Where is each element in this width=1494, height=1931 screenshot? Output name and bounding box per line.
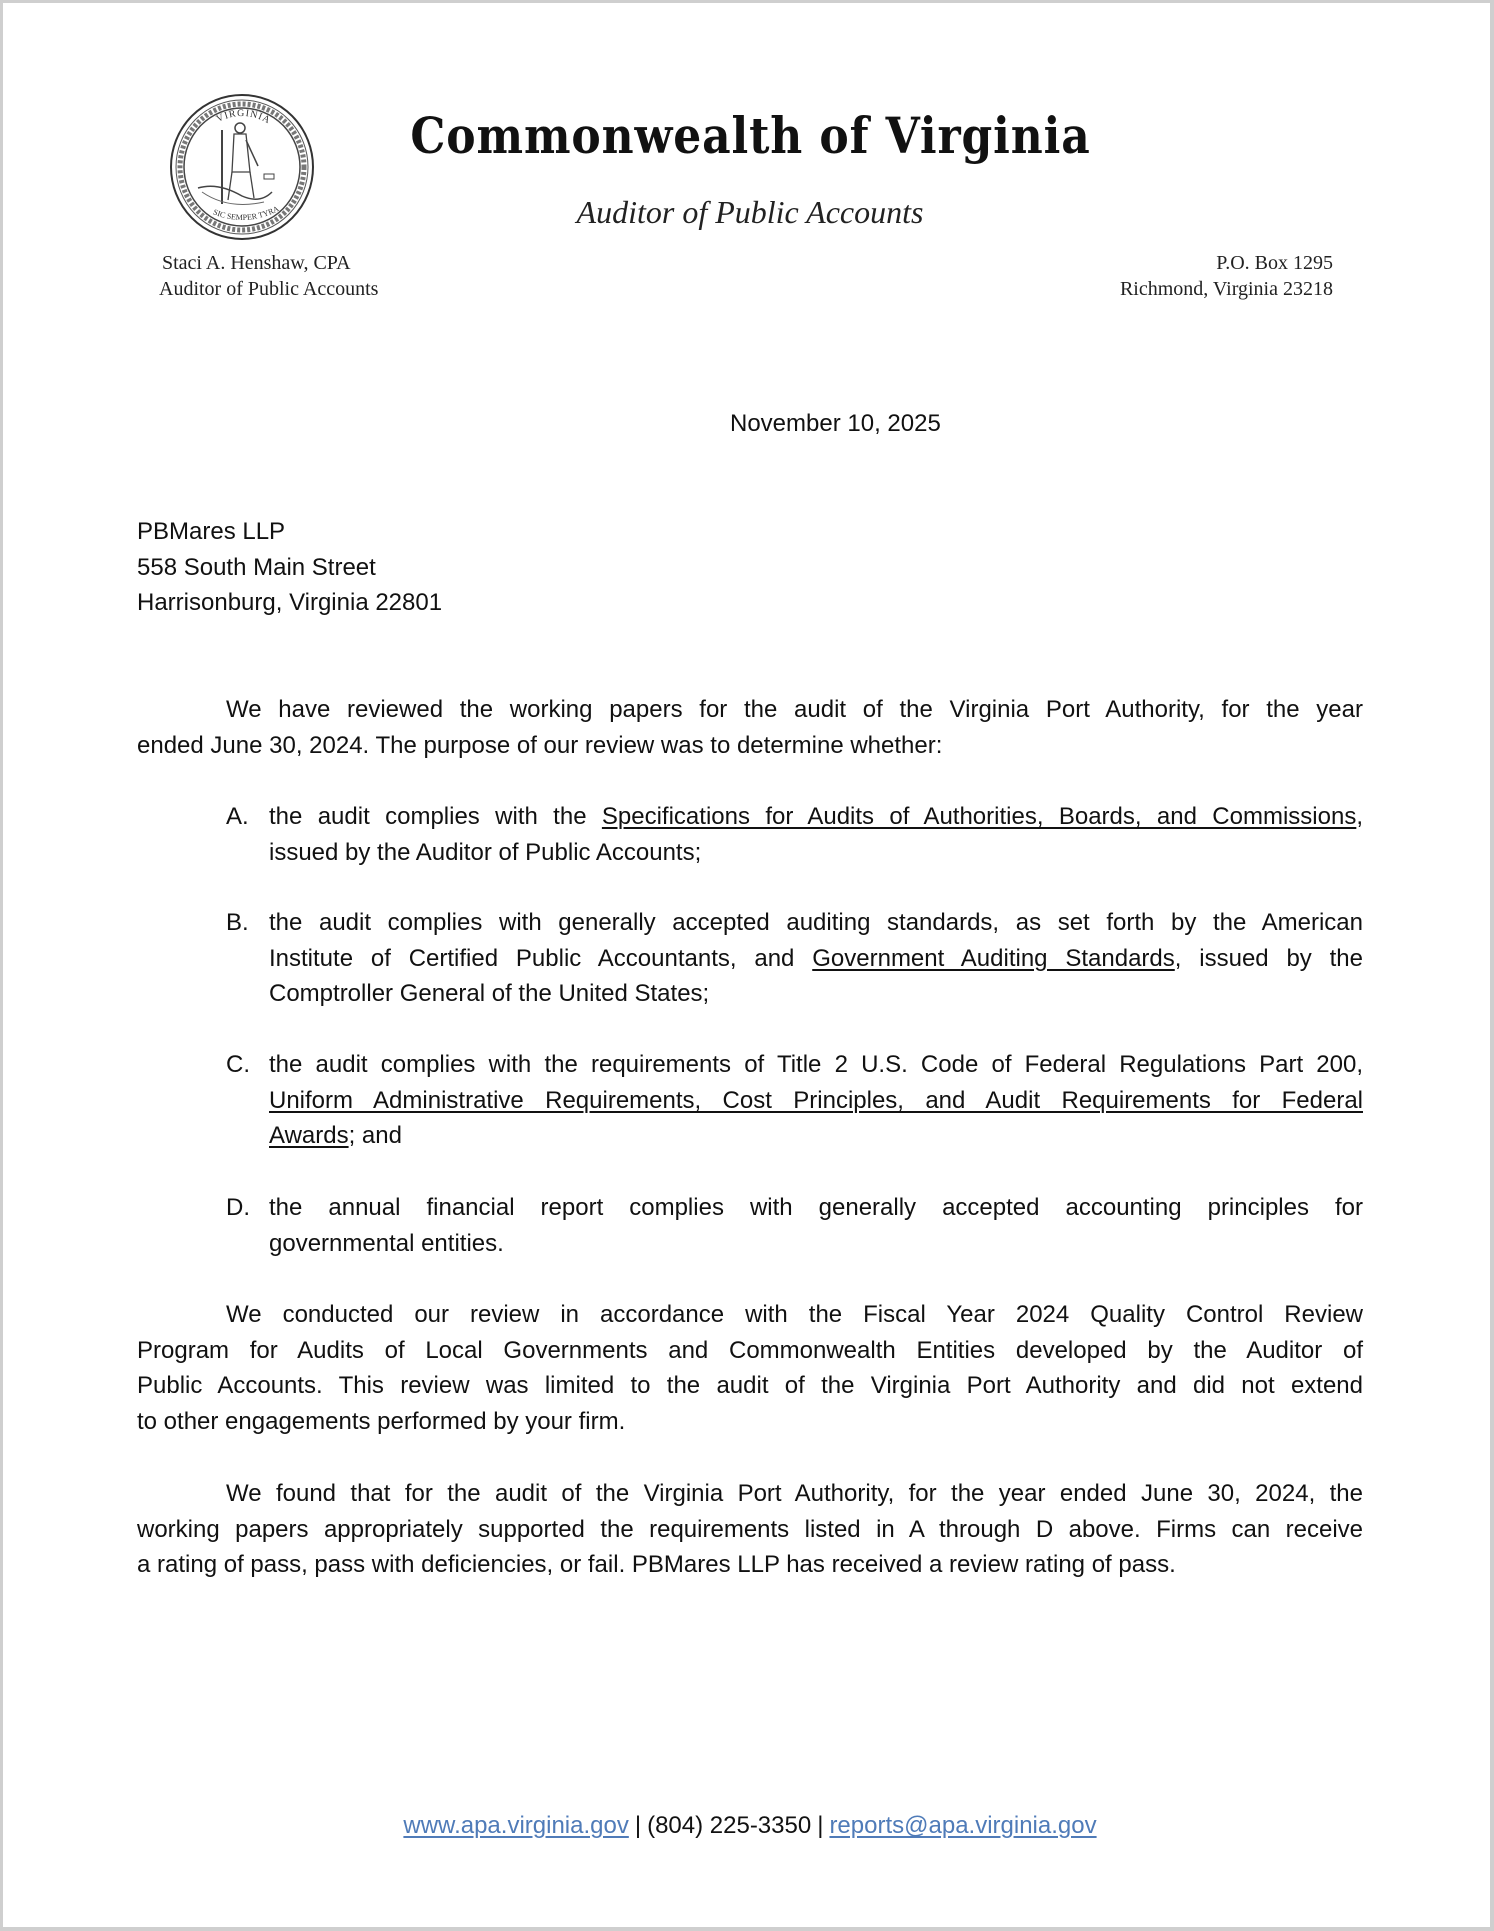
paragraph-intro: We have reviewed the working papers for … bbox=[137, 692, 1363, 763]
text-line: a rating of pass, pass with deficiencies… bbox=[137, 1547, 1363, 1583]
list-item-text: the audit complies with the requirements… bbox=[269, 1047, 1363, 1154]
text-line: We found that for the audit of the Virgi… bbox=[137, 1476, 1363, 1512]
text-segment: the audit complies with generally accept… bbox=[269, 909, 1363, 936]
paragraph-review-scope: We conducted our review in accordance wi… bbox=[137, 1297, 1363, 1440]
text-segment: ended June 30, 2024. The purpose of our … bbox=[137, 732, 942, 759]
list-item-text: the annual financial report complies wit… bbox=[269, 1190, 1363, 1261]
text-segment: working papers appropriately supported t… bbox=[137, 1516, 1363, 1543]
text-segment: , issued by the bbox=[1175, 945, 1363, 972]
text-line: Uniform Administrative Requirements, Cos… bbox=[269, 1083, 1363, 1119]
text-segment: the audit complies with the requirements… bbox=[269, 1051, 1363, 1078]
text-line: Public Accounts. This review was limited… bbox=[137, 1368, 1363, 1404]
letter-date: November 10, 2025 bbox=[730, 406, 941, 442]
text-segment: a rating of pass, pass with deficiencies… bbox=[137, 1551, 1176, 1578]
text-line: Comptroller General of the United States… bbox=[269, 976, 1363, 1012]
text-segment: the audit complies with the bbox=[269, 803, 602, 830]
text-line: Program for Audits of Local Governments … bbox=[137, 1333, 1363, 1369]
letter-footer: www.apa.virginia.gov|(804) 225-3350|repo… bbox=[3, 1810, 1494, 1842]
auditor-name: Staci A. Henshaw, CPA bbox=[159, 250, 378, 276]
text-segment: ; and bbox=[349, 1122, 402, 1149]
text-segment: Public Accounts. This review was limited… bbox=[137, 1372, 1363, 1399]
list-letter: B. bbox=[226, 905, 249, 941]
text-segment: issued by the Auditor of Public Accounts… bbox=[269, 839, 701, 866]
letterhead-title: Commonwealth of Virginia bbox=[3, 106, 1494, 166]
list-letter: C. bbox=[226, 1047, 250, 1083]
text-line: ended June 30, 2024. The purpose of our … bbox=[137, 728, 1363, 764]
underlined-title: Specifications for Audits of Authorities… bbox=[602, 803, 1356, 830]
list-letter: D. bbox=[226, 1190, 250, 1226]
text-segment: We conducted our review in accordance wi… bbox=[226, 1301, 1363, 1328]
text-segment: Comptroller General of the United States… bbox=[269, 980, 709, 1007]
text-line: We conducted our review in accordance wi… bbox=[137, 1297, 1363, 1333]
text-segment: We have reviewed the working papers for … bbox=[226, 696, 1363, 723]
letter-page: VIRGINIA SIC SEMPER TYRANNIS Commonwealt… bbox=[3, 3, 1490, 1927]
list-item-text: the audit complies with the Specificatio… bbox=[269, 799, 1363, 870]
text-segment: to other engagements performed by your f… bbox=[137, 1408, 625, 1435]
recipient-address: PBMares LLP 558 South Main Street Harris… bbox=[137, 514, 442, 621]
paragraph-review-result: We found that for the audit of the Virgi… bbox=[137, 1476, 1363, 1583]
text-line: the audit complies with generally accept… bbox=[269, 905, 1363, 941]
list-item-text: the audit complies with generally accept… bbox=[269, 905, 1363, 1012]
text-line: issued by the Auditor of Public Accounts… bbox=[269, 835, 1363, 871]
phone-number: (804) 225-3350 bbox=[647, 1812, 811, 1839]
text-line: governmental entities. bbox=[269, 1226, 1363, 1262]
recipient-name: PBMares LLP bbox=[137, 514, 442, 550]
auditor-name-block: Staci A. Henshaw, CPA Auditor of Public … bbox=[159, 250, 378, 302]
text-segment: governmental entities. bbox=[269, 1230, 504, 1257]
text-segment: Program for Audits of Local Governments … bbox=[137, 1337, 1363, 1364]
underlined-title: Awards bbox=[269, 1122, 349, 1149]
list-letter: A. bbox=[226, 799, 249, 835]
text-line: the audit complies with the requirements… bbox=[269, 1047, 1363, 1083]
text-segment: , bbox=[1356, 803, 1363, 830]
website-link[interactable]: www.apa.virginia.gov bbox=[403, 1812, 628, 1839]
text-line: the audit complies with the Specificatio… bbox=[269, 799, 1363, 835]
text-line: working papers appropriately supported t… bbox=[137, 1512, 1363, 1548]
underlined-title: Government Auditing Standards bbox=[812, 945, 1175, 972]
text-line: Institute of Certified Public Accountant… bbox=[269, 941, 1363, 977]
text-line: We have reviewed the working papers for … bbox=[137, 692, 1363, 728]
text-segment: We found that for the audit of the Virgi… bbox=[226, 1480, 1363, 1507]
email-link[interactable]: reports@apa.virginia.gov bbox=[829, 1812, 1096, 1839]
po-box: P.O. Box 1295 bbox=[1120, 250, 1333, 276]
mailing-address-block: P.O. Box 1295 Richmond, Virginia 23218 bbox=[1120, 250, 1333, 302]
recipient-street: 558 South Main Street bbox=[137, 550, 442, 586]
underlined-title: Uniform Administrative Requirements, Cos… bbox=[269, 1087, 1363, 1114]
footer-separator: | bbox=[629, 1812, 647, 1839]
auditor-title: Auditor of Public Accounts bbox=[159, 276, 378, 302]
text-segment: the annual financial report complies wit… bbox=[269, 1194, 1363, 1221]
city-state-zip: Richmond, Virginia 23218 bbox=[1120, 276, 1333, 302]
text-line: to other engagements performed by your f… bbox=[137, 1404, 1363, 1440]
text-line: the annual financial report complies wit… bbox=[269, 1190, 1363, 1226]
footer-separator: | bbox=[811, 1812, 829, 1839]
text-segment: Institute of Certified Public Accountant… bbox=[269, 945, 812, 972]
text-line: Awards; and bbox=[269, 1118, 1363, 1154]
recipient-city: Harrisonburg, Virginia 22801 bbox=[137, 585, 442, 621]
letterhead-subtitle: Auditor of Public Accounts bbox=[3, 193, 1494, 231]
